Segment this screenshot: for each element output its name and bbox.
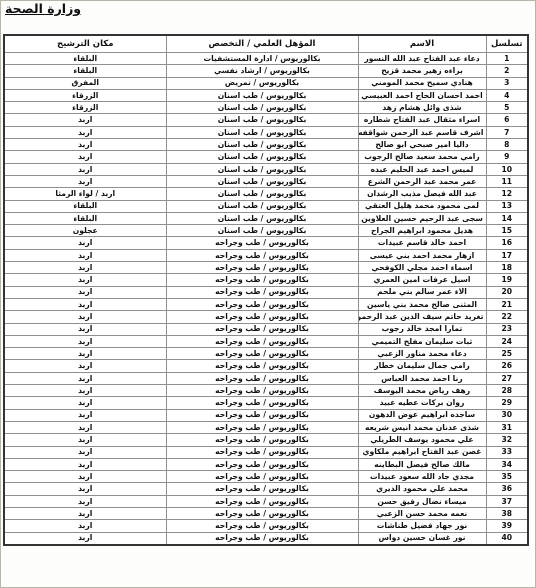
- cell-qualification: بكالوريوس / طب وجراحه: [166, 298, 358, 310]
- table-row: 15هديل محمود ابراهيم الجراحبكالوريوس / ط…: [4, 225, 528, 237]
- table-row: 22تغريد حاتم سيف الدين عبد الرحمنبكالوري…: [4, 311, 528, 323]
- page-title: وزارة الصحة: [5, 1, 81, 16]
- cell-qualification: بكالوريوس / طب وجراحه: [166, 507, 358, 519]
- cell-name: اسيل عرفات امين العمري: [358, 274, 486, 286]
- cell-place: اربد: [4, 237, 166, 249]
- cell-name: مالك صالح فيصل البطاينه: [358, 458, 486, 470]
- cell-serial: 22: [486, 311, 528, 323]
- cell-qualification: بكالوريوس / تمريض: [166, 77, 358, 89]
- table-row: 5شذى وائل هشام زهدبكالوريوس / طب اسنانال…: [4, 102, 528, 114]
- cell-name: تغريد حاتم سيف الدين عبد الرحمن: [358, 311, 486, 323]
- cell-serial: 27: [486, 372, 528, 384]
- cell-name: رهف رياض محمد اليوسف: [358, 385, 486, 397]
- cell-place: اربد: [4, 446, 166, 458]
- table-row: 38نعمه محمد حسن الزعبيبكالوريوس / طب وجر…: [4, 507, 528, 519]
- cell-serial: 40: [486, 532, 528, 545]
- cell-place: اربد: [4, 348, 166, 360]
- cell-name: الاء عمر سالم بني ملحم: [358, 286, 486, 298]
- cell-qualification: بكالوريوس / طب اسنان: [166, 126, 358, 138]
- cell-qualification: بكالوريوس / طب وجراحه: [166, 311, 358, 323]
- cell-qualification: بكالوريوس / طب وجراحه: [166, 434, 358, 446]
- cell-qualification: بكالوريوس / طب اسنان: [166, 200, 358, 212]
- cell-serial: 20: [486, 286, 528, 298]
- table-row: 26رامي جمال سليمان خطاربكالوريوس / طب وج…: [4, 360, 528, 372]
- cell-serial: 3: [486, 77, 528, 89]
- cell-serial: 7: [486, 126, 528, 138]
- cell-qualification: بكالوريوس / طب وجراحه: [166, 249, 358, 261]
- cell-serial: 34: [486, 458, 528, 470]
- table-row: 40نور غسان حسين دواسبكالوريوس / طب وجراح…: [4, 532, 528, 545]
- table-row: 30ساجده ابراهيم عوض الدهونبكالوريوس / طب…: [4, 409, 528, 421]
- cell-serial: 25: [486, 348, 528, 360]
- cell-name: مجدي جاد الله سعود عبيدات: [358, 471, 486, 483]
- cell-serial: 16: [486, 237, 528, 249]
- cell-qualification: بكالوريوس / طب وجراحه: [166, 520, 358, 532]
- table-row: 28رهف رياض محمد اليوسفبكالوريوس / طب وجر…: [4, 385, 528, 397]
- cell-qualification: بكالوريوس / ادارة المستشفيات: [166, 53, 358, 65]
- cell-serial: 17: [486, 249, 528, 261]
- cell-name: نور جهاد فضيل طناشات: [358, 520, 486, 532]
- cell-place: اربد: [4, 151, 166, 163]
- cell-name: احمد احسان الحاج احمد العبيسي: [358, 89, 486, 101]
- cell-serial: 14: [486, 212, 528, 224]
- table-row: 3هنادي سميح محمد المومنيبكالوريوس / تمري…: [4, 77, 528, 89]
- cell-serial: 38: [486, 507, 528, 519]
- cell-qualification: بكالوريوس / طب وجراحه: [166, 483, 358, 495]
- table-row: 39نور جهاد فضيل طناشاتبكالوريوس / طب وجر…: [4, 520, 528, 532]
- cell-qualification: بكالوريوس / طب وجراحه: [166, 532, 358, 545]
- cell-name: هنادي سميح محمد المومني: [358, 77, 486, 89]
- table-row: 10لميس احمد عبد الحليم عبدهبكالوريوس / ط…: [4, 163, 528, 175]
- table-row: 14سجى عبد الرحيم حسين العلاوينبكالوريوس …: [4, 212, 528, 224]
- cell-name: روان بركات عطيه عبيد: [358, 397, 486, 409]
- cell-name: شذى عدنان محمد انيس شريعه: [358, 421, 486, 433]
- cell-name: سجى عبد الرحيم حسين العلاوين: [358, 212, 486, 224]
- cell-serial: 15: [486, 225, 528, 237]
- cell-place: اربد: [4, 274, 166, 286]
- cell-name: رامي محمد سعيد صالح الرجوب: [358, 151, 486, 163]
- cell-serial: 35: [486, 471, 528, 483]
- cell-qualification: بكالوريوس / طب اسنان: [166, 151, 358, 163]
- cell-place: البلقاء: [4, 200, 166, 212]
- cell-place: اربد: [4, 372, 166, 384]
- cell-name: اسراء مثقال عبد الفتاح شطاره: [358, 114, 486, 126]
- cell-serial: 4: [486, 89, 528, 101]
- cell-qualification: بكالوريوس / طب وجراحه: [166, 262, 358, 274]
- table-row: 36محمد علي محمود الديريبكالوريوس / طب وج…: [4, 483, 528, 495]
- table-row: 9رامي محمد سعيد صالح الرجوببكالوريوس / ط…: [4, 151, 528, 163]
- cell-serial: 24: [486, 335, 528, 347]
- cell-name: علي محمود يوسف الطريلي: [358, 434, 486, 446]
- table-row: 33غصن عبد الفتاح ابراهيم ملكاويبكالوريوس…: [4, 446, 528, 458]
- cell-name: غصن عبد الفتاح ابراهيم ملكاوي: [358, 446, 486, 458]
- cell-name: دعاء محمد مناور الزعبي: [358, 348, 486, 360]
- cell-serial: 9: [486, 151, 528, 163]
- cell-place: عجلون: [4, 225, 166, 237]
- cell-qualification: بكالوريوس / طب اسنان: [166, 225, 358, 237]
- cell-place: اربد: [4, 163, 166, 175]
- cell-name: رنا احمد محمد العباس: [358, 372, 486, 384]
- cell-qualification: بكالوريوس / طب وجراحه: [166, 274, 358, 286]
- table-body: 1دعاء عبد الفتاح عبد الله النسوربكالوريو…: [4, 53, 528, 545]
- header-place: مكان الترشيح: [4, 35, 166, 53]
- table-row: 13لمى محمود محمد هليل العتقيبكالوريوس / …: [4, 200, 528, 212]
- table-row: 11عمر محمد عبد الرحمن الشرعبكالوريوس / ط…: [4, 175, 528, 187]
- cell-name: تمارا امجد خالد رجوب: [358, 323, 486, 335]
- cell-qualification: بكالوريوس / طب وجراحه: [166, 446, 358, 458]
- cell-qualification: بكالوريوس / طب اسنان: [166, 188, 358, 200]
- cell-place: البلقاء: [4, 53, 166, 65]
- cell-place: اربد: [4, 360, 166, 372]
- cell-serial: 2: [486, 65, 528, 77]
- cell-place: اربد: [4, 298, 166, 310]
- cell-serial: 28: [486, 385, 528, 397]
- cell-place: اربد: [4, 335, 166, 347]
- cell-serial: 10: [486, 163, 528, 175]
- table-row: 2براءه زهير محمد قزيحبكالوريوس / ارشاد ن…: [4, 65, 528, 77]
- cell-serial: 5: [486, 102, 528, 114]
- cell-place: اربد: [4, 421, 166, 433]
- cell-serial: 36: [486, 483, 528, 495]
- cell-qualification: بكالوريوس / طب وجراحه: [166, 323, 358, 335]
- cell-qualification: بكالوريوس / طب وجراحه: [166, 458, 358, 470]
- cell-place: اربد / لواء الرمثا: [4, 188, 166, 200]
- cell-name: اشرف قاسم عبد الرحمن شواقفه: [358, 126, 486, 138]
- table-row: 24ثبات سليمان مفلح التميميبكالوريوس / طب…: [4, 335, 528, 347]
- cell-serial: 18: [486, 262, 528, 274]
- cell-serial: 8: [486, 139, 528, 151]
- cell-place: اربد: [4, 483, 166, 495]
- cell-serial: 13: [486, 200, 528, 212]
- cell-place: اربد: [4, 471, 166, 483]
- cell-place: المفرق: [4, 77, 166, 89]
- cell-qualification: بكالوريوس / طب وجراحه: [166, 372, 358, 384]
- cell-qualification: بكالوريوس / طب اسنان: [166, 163, 358, 175]
- table-row: 18اسماء احمد مجلي الكوفحيبكالوريوس / طب …: [4, 262, 528, 274]
- cell-qualification: بكالوريوس / طب اسنان: [166, 114, 358, 126]
- document-page: وزارة الصحة تسلسل الاسم المؤهل العلمي / …: [0, 0, 536, 588]
- cell-place: اربد: [4, 114, 166, 126]
- cell-place: اربد: [4, 458, 166, 470]
- cell-name: براءه زهير محمد قزيح: [358, 65, 486, 77]
- table-row: 19اسيل عرفات امين العمريبكالوريوس / طب و…: [4, 274, 528, 286]
- cell-qualification: بكالوريوس / طب وجراحه: [166, 335, 358, 347]
- cell-place: اربد: [4, 385, 166, 397]
- cell-qualification: بكالوريوس / طب وجراحه: [166, 421, 358, 433]
- cell-qualification: بكالوريوس / طب اسنان: [166, 139, 358, 151]
- table-row: 25دعاء محمد مناور الزعبيبكالوريوس / طب و…: [4, 348, 528, 360]
- cell-qualification: بكالوريوس / طب وجراحه: [166, 360, 358, 372]
- cell-qualification: بكالوريوس / طب وجراحه: [166, 397, 358, 409]
- cell-place: اربد: [4, 507, 166, 519]
- cell-name: احمد خالد قاسم عبيدات: [358, 237, 486, 249]
- cell-place: اربد: [4, 262, 166, 274]
- table-row: 32علي محمود يوسف الطريليبكالوريوس / طب و…: [4, 434, 528, 446]
- cell-place: اربد: [4, 175, 166, 187]
- table-row: 17ازهار محمد احمد بني عيسىبكالوريوس / طب…: [4, 249, 528, 261]
- cell-name: محمد علي محمود الديري: [358, 483, 486, 495]
- cell-serial: 19: [486, 274, 528, 286]
- table-row: 20الاء عمر سالم بني ملحمبكالوريوس / طب و…: [4, 286, 528, 298]
- table-row: 35مجدي جاد الله سعود عبيداتبكالوريوس / ط…: [4, 471, 528, 483]
- cell-name: نور غسان حسين دواس: [358, 532, 486, 545]
- cell-qualification: بكالوريوس / طب وجراحه: [166, 409, 358, 421]
- cell-name: دعاء عبد الفتاح عبد الله النسور: [358, 53, 486, 65]
- cell-serial: 23: [486, 323, 528, 335]
- table-row: 1دعاء عبد الفتاح عبد الله النسوربكالوريو…: [4, 53, 528, 65]
- cell-place: اربد: [4, 434, 166, 446]
- cell-serial: 1: [486, 53, 528, 65]
- cell-place: الزرقاء: [4, 89, 166, 101]
- table-row: 34مالك صالح فيصل البطاينهبكالوريوس / طب …: [4, 458, 528, 470]
- cell-qualification: بكالوريوس / طب وجراحه: [166, 348, 358, 360]
- cell-qualification: بكالوريوس / طب وجراحه: [166, 237, 358, 249]
- cell-serial: 21: [486, 298, 528, 310]
- table-row: 21المثنى صالح محمد بني ياسينبكالوريوس / …: [4, 298, 528, 310]
- cell-qualification: بكالوريوس / طب اسنان: [166, 175, 358, 187]
- table-row: 7اشرف قاسم عبد الرحمن شواقفهبكالوريوس / …: [4, 126, 528, 138]
- cell-place: اربد: [4, 249, 166, 261]
- cell-serial: 31: [486, 421, 528, 433]
- cell-serial: 26: [486, 360, 528, 372]
- cell-serial: 12: [486, 188, 528, 200]
- cell-place: اربد: [4, 286, 166, 298]
- table-row: 16احمد خالد قاسم عبيداتبكالوريوس / طب وج…: [4, 237, 528, 249]
- cell-place: الزرقاء: [4, 102, 166, 114]
- cell-name: عبد الله فيصل مذيب الرشدان: [358, 188, 486, 200]
- cell-serial: 30: [486, 409, 528, 421]
- cell-qualification: بكالوريوس / طب وجراحه: [166, 495, 358, 507]
- cell-place: اربد: [4, 520, 166, 532]
- cell-serial: 37: [486, 495, 528, 507]
- cell-name: المثنى صالح محمد بني ياسين: [358, 298, 486, 310]
- cell-name: نعمه محمد حسن الزعبي: [358, 507, 486, 519]
- table-row: 4احمد احسان الحاج احمد العبيسيبكالوريوس …: [4, 89, 528, 101]
- cell-name: اسماء احمد مجلي الكوفحي: [358, 262, 486, 274]
- cell-serial: 39: [486, 520, 528, 532]
- table-row: 27رنا احمد محمد العباسبكالوريوس / طب وجر…: [4, 372, 528, 384]
- cell-name: رامي جمال سليمان خطار: [358, 360, 486, 372]
- cell-place: اربد: [4, 397, 166, 409]
- cell-name: شذى وائل هشام زهد: [358, 102, 486, 114]
- table-row: 23تمارا امجد خالد رجوببكالوريوس / طب وجر…: [4, 323, 528, 335]
- cell-qualification: بكالوريوس / طب وجراحه: [166, 471, 358, 483]
- cell-place: اربد: [4, 409, 166, 421]
- cell-qualification: بكالوريوس / طب وجراحه: [166, 385, 358, 397]
- cell-place: اربد: [4, 311, 166, 323]
- table-header-row: تسلسل الاسم المؤهل العلمي / التخصص مكان …: [4, 35, 528, 53]
- cell-name: ساجده ابراهيم عوض الدهون: [358, 409, 486, 421]
- cell-qualification: بكالوريوس / طب اسنان: [166, 212, 358, 224]
- table-row: 29روان بركات عطيه عبيدبكالوريوس / طب وجر…: [4, 397, 528, 409]
- table-row: 31شذى عدنان محمد انيس شريعهبكالوريوس / ط…: [4, 421, 528, 433]
- cell-place: البلقاء: [4, 212, 166, 224]
- header-qualification: المؤهل العلمي / التخصص: [166, 35, 358, 53]
- header-name: الاسم: [358, 35, 486, 53]
- cell-name: لمى محمود محمد هليل العتقي: [358, 200, 486, 212]
- cell-name: هديل محمود ابراهيم الجراح: [358, 225, 486, 237]
- cell-serial: 33: [486, 446, 528, 458]
- cell-place: اربد: [4, 495, 166, 507]
- cell-qualification: بكالوريوس / طب اسنان: [166, 89, 358, 101]
- cell-name: عمر محمد عبد الرحمن الشرع: [358, 175, 486, 187]
- cell-name: ميساء نضال رفيق حسن: [358, 495, 486, 507]
- cell-serial: 29: [486, 397, 528, 409]
- cell-place: اربد: [4, 323, 166, 335]
- cell-name: داليا امير صبحي ابو صالح: [358, 139, 486, 151]
- table-row: 6اسراء مثقال عبد الفتاح شطارهبكالوريوس /…: [4, 114, 528, 126]
- cell-name: ثبات سليمان مفلح التميمي: [358, 335, 486, 347]
- cell-place: اربد: [4, 139, 166, 151]
- cell-qualification: بكالوريوس / طب وجراحه: [166, 286, 358, 298]
- table-row: 12عبد الله فيصل مذيب الرشدانبكالوريوس / …: [4, 188, 528, 200]
- table-row: 8داليا امير صبحي ابو صالحبكالوريوس / طب …: [4, 139, 528, 151]
- cell-place: اربد: [4, 532, 166, 545]
- header-serial: تسلسل: [486, 35, 528, 53]
- cell-serial: 32: [486, 434, 528, 446]
- candidates-table: تسلسل الاسم المؤهل العلمي / التخصص مكان …: [3, 34, 529, 546]
- cell-qualification: بكالوريوس / ارشاد نفسي: [166, 65, 358, 77]
- cell-place: البلقاء: [4, 65, 166, 77]
- cell-name: ازهار محمد احمد بني عيسى: [358, 249, 486, 261]
- cell-serial: 6: [486, 114, 528, 126]
- cell-qualification: بكالوريوس / طب اسنان: [166, 102, 358, 114]
- table-row: 37ميساء نضال رفيق حسنبكالوريوس / طب وجرا…: [4, 495, 528, 507]
- cell-serial: 11: [486, 175, 528, 187]
- cell-place: اربد: [4, 126, 166, 138]
- cell-name: لميس احمد عبد الحليم عبده: [358, 163, 486, 175]
